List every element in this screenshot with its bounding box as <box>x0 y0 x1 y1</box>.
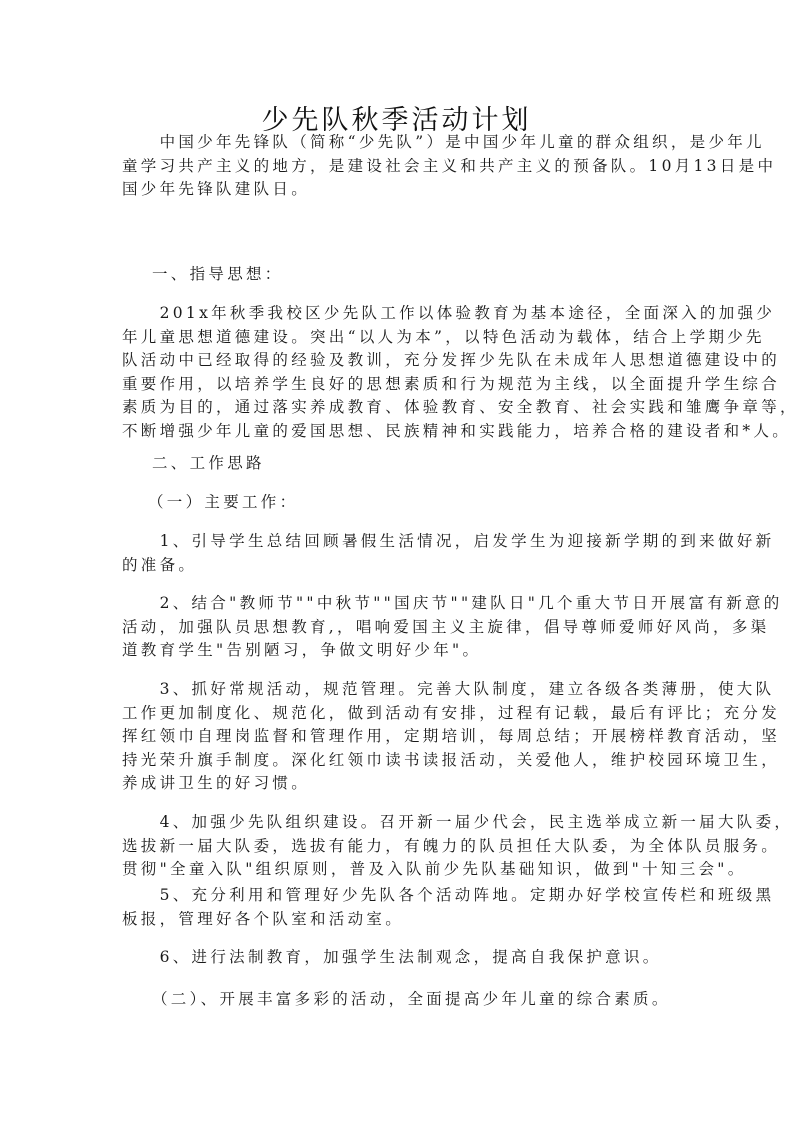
text-line: 的准备。 <box>122 554 682 578</box>
text-line: 持光荣升旗手制度。深化红领巾读书读报活动，关爱他人，维护校园环境卫生， <box>122 749 682 773</box>
subsection-heading-activities: （二）、开展丰富多彩的活动，全面提高少年儿童的综合素质。 <box>152 987 671 1009</box>
text-line: 挥红领巾自理岗监督和管理作用，定期培训，每周总结；开展榜样教育活动，坚 <box>122 725 682 749</box>
text-line: 活动，加强队员思想教育,，唱响爱国主义主旋律，倡导尊师爱师好风尚，多渠 <box>122 616 682 640</box>
section-heading-work-approach: 二、工作思路 <box>152 451 265 473</box>
text-line: 贯彻"全童入队"组织原则，普及入队前少先队基础知识，做到"十知三会"。 <box>122 858 682 882</box>
text-line: 3、抓好常规活动，规范管理。完善大队制度，建立各级各类薄册，使大队 <box>122 678 682 702</box>
text-line: 201x年秋季我校区少先队工作以体验教育为基本途径，全面深入的加强少 <box>122 302 682 326</box>
work-item-2: 2、结合"教师节""中秋节""国庆节""建队日"几个重大节日开展富有新意的 活动… <box>122 592 682 663</box>
text-line: 4、加强少先队组织建设。召开新一届少代会，民主选举成立新一届大队委， <box>122 811 682 835</box>
text-line: 选拔新一届大队委，选拔有能力，有魄力的队员担任大队委，为全体队员服务。 <box>122 835 682 859</box>
text-line: 中国少年先锋队（简称“少先队”）是中国少年儿童的群众组织，是少年儿 <box>122 131 682 155</box>
work-item-1: 1、引导学生总结回顾暑假生活情况，启发学生为迎接新学期的到来做好新 的准备。 <box>122 530 682 577</box>
text-line: 国少年先锋队建队日。 <box>122 178 682 202</box>
subsection-heading-main-work: （一）主要工作： <box>148 490 298 512</box>
text-line: 5、充分利用和管理好少先队各个活动阵地。定期办好学校宣传栏和班级黑 <box>122 884 682 908</box>
text-line: 6、进行法制教育，加强学生法制观念，提高自我保护意识。 <box>122 946 682 970</box>
text-line: 素质为目的，通过落实养成教育、体验教育、安全教育、社会实践和雏鹰争章等， <box>122 396 682 420</box>
work-item-4: 4、加强少先队组织建设。召开新一届少代会，民主选举成立新一届大队委， 选拔新一届… <box>122 811 682 882</box>
work-item-5: 5、充分利用和管理好少先队各个活动阵地。定期办好学校宣传栏和班级黑 板报，管理好… <box>122 884 682 931</box>
text-line: 年儿童思想道德建设。突出“以人为本”，以特色活动为载体，结合上学期少先 <box>122 326 682 350</box>
text-line: 队活动中已经取得的经验及教训，充分发挥少先队在未成年人思想道德建设中的 <box>122 349 682 373</box>
text-line: 道教育学生"告别陋习，争做文明好少年"。 <box>122 639 682 663</box>
text-line: 2、结合"教师节""中秋节""国庆节""建队日"几个重大节日开展富有新意的 <box>122 592 682 616</box>
document-page: 少先队秋季活动计划 中国少年先锋队（简称“少先队”）是中国少年儿童的群众组织，是… <box>0 0 793 1122</box>
section-heading-guiding-ideology: 一、指导思想： <box>152 262 284 284</box>
text-line: 养成讲卫生的好习惯。 <box>122 772 682 796</box>
work-item-6: 6、进行法制教育，加强学生法制观念，提高自我保护意识。 <box>122 946 682 970</box>
text-line: 童学习共产主义的地方，是建设社会主义和共产主义的预备队。10月13日是中 <box>122 155 682 179</box>
text-line: 工作更加制度化、规范化，做到活动有安排，过程有记载，最后有评比；充分发 <box>122 702 682 726</box>
text-line: 不断增强少年儿童的爱国思想、民族精神和实践能力，培养合格的建设者和*人。 <box>122 420 682 444</box>
text-line: 重要作用，以培养学生良好的思想素质和行为规范为主线，以全面提升学生综合 <box>122 373 682 397</box>
text-line: 板报，管理好各个队室和活动室。 <box>122 908 682 932</box>
work-item-3: 3、抓好常规活动，规范管理。完善大队制度，建立各级各类薄册，使大队 工作更加制度… <box>122 678 682 796</box>
intro-paragraph: 中国少年先锋队（简称“少先队”）是中国少年儿童的群众组织，是少年儿 童学习共产主… <box>122 131 682 202</box>
guiding-ideology-paragraph: 201x年秋季我校区少先队工作以体验教育为基本途径，全面深入的加强少 年儿童思想… <box>122 302 682 443</box>
text-line: 1、引导学生总结回顾暑假生活情况，启发学生为迎接新学期的到来做好新 <box>122 530 682 554</box>
